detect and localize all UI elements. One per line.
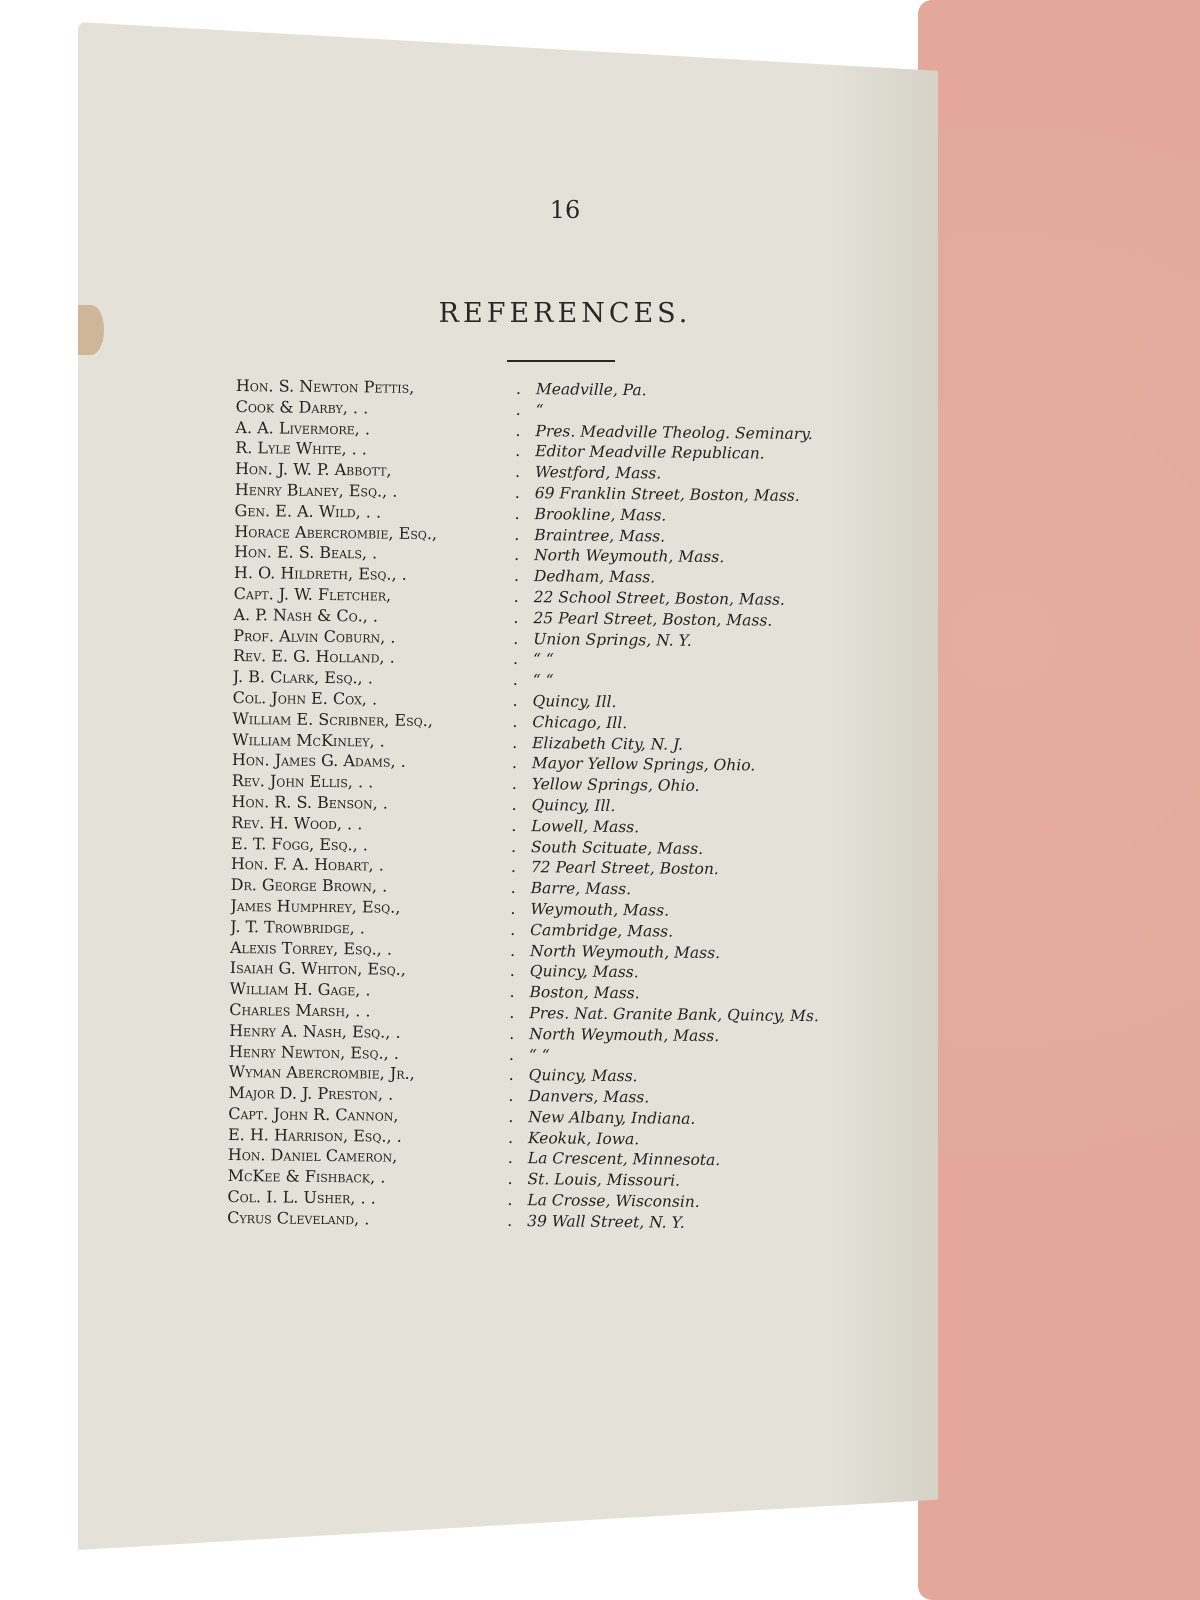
leader-dot: .	[509, 1044, 529, 1063]
leader-dot: .	[514, 545, 534, 564]
page-stain	[78, 305, 104, 355]
reference-name: Hon. James G. Adams, .	[232, 750, 512, 772]
reference-name: Hon. J. W. P. Abbott,	[235, 459, 515, 481]
leader-dot: .	[510, 961, 530, 980]
reference-name: McKee & Fishback, .	[228, 1166, 508, 1188]
leader-dot: .	[513, 608, 533, 627]
book-cover-pink	[918, 0, 1200, 1600]
reference-location: Barre, Mass.	[531, 879, 632, 898]
leader-dot: .	[514, 504, 534, 523]
reference-name: Cyrus Cleveland, .	[227, 1208, 507, 1230]
reference-location: Keokuk, Iowa.	[528, 1129, 639, 1148]
leader-dot: .	[510, 920, 530, 939]
reference-location: Quincy, Mass.	[530, 962, 639, 981]
reference-name: Capt. J. W. Fletcher,	[234, 584, 514, 606]
reference-name: Isaiah G. Whiton, Esq.,	[230, 958, 510, 980]
reference-name: H. O. Hildreth, Esq., .	[234, 563, 514, 585]
leader-dot: .	[511, 836, 531, 855]
reference-name: William H. Gage, .	[229, 979, 509, 1001]
heading-rule	[507, 360, 615, 362]
reference-name: A. P. Nash & Co., .	[233, 605, 513, 627]
reference-location: “	[536, 401, 544, 419]
reference-name: Wyman Abercrombie, Jr.,	[229, 1062, 509, 1084]
reference-name: E. H. Harrison, Esq., .	[228, 1125, 508, 1147]
reference-name: Gen. E. A. Wild, . .	[234, 501, 514, 523]
reference-location: 25 Pearl Street, Boston, Mass.	[533, 609, 772, 629]
leader-dot: .	[511, 816, 531, 835]
reference-name: Dr. George Brown, .	[231, 875, 511, 897]
reference-location: 72 Pearl Street, Boston.	[531, 858, 719, 878]
reference-location: “ “	[533, 671, 554, 689]
leader-dot: .	[514, 587, 534, 606]
reference-name: Prof. Alvin Coburn, .	[233, 626, 513, 648]
reference-name: Charles Marsh, . .	[229, 1000, 509, 1022]
leader-dot: .	[514, 566, 534, 585]
leader-dot: .	[508, 1169, 528, 1188]
reference-name: Col. I. L. Usher, . .	[227, 1187, 507, 1209]
page-number: 16	[545, 196, 585, 224]
leader-dot: .	[510, 899, 530, 918]
reference-location: “ “	[529, 1046, 550, 1064]
reference-location: Brookline, Mass.	[534, 505, 666, 524]
reference-location: 69 Franklin Street, Boston, Mass.	[535, 484, 800, 505]
reference-location: Chicago, Ill.	[532, 713, 627, 732]
reference-name: A. A. Livermore, .	[235, 418, 515, 440]
reference-name: William E. Scribner, Esq.,	[232, 709, 512, 731]
reference-location: 39 Wall Street, N. Y.	[527, 1212, 685, 1232]
leader-dot: .	[516, 400, 536, 419]
reference-name: Rev. H. Wood, . .	[231, 813, 511, 835]
leader-dot: .	[515, 441, 535, 460]
reference-location: La Crescent, Minnesota.	[528, 1150, 721, 1170]
reference-location: Westford, Mass.	[535, 463, 661, 482]
reference-name: Rev. John Ellis, . .	[232, 771, 512, 793]
leader-dot: .	[509, 1003, 529, 1022]
leader-dot: .	[514, 525, 534, 544]
reference-location: Cambridge, Mass.	[530, 921, 673, 940]
reference-location: Quincy, Ill.	[533, 692, 617, 711]
leader-dot: .	[509, 1024, 529, 1043]
leader-dot: .	[508, 1107, 528, 1126]
leader-dot: .	[512, 732, 532, 751]
leader-dot: .	[508, 1086, 528, 1105]
reference-location: Meadville, Pa.	[536, 380, 647, 399]
reference-location: Yellow Springs, Ohio.	[532, 775, 700, 795]
leader-dot: .	[515, 462, 535, 481]
reference-name: Alexis Torrey, Esq., .	[230, 937, 510, 959]
leader-dot: .	[512, 712, 532, 731]
leader-dot: .	[508, 1128, 528, 1147]
leader-dot: .	[512, 753, 532, 772]
leader-dot: .	[510, 940, 530, 959]
reference-name: James Humphrey, Esq.,	[230, 896, 510, 918]
reference-location: Editor Meadville Republican.	[535, 443, 765, 463]
references-list: Hon. S. Newton Pettis,.Meadville, Pa.Coo…	[227, 376, 896, 1236]
reference-name: Hon. Daniel Cameron,	[228, 1145, 508, 1167]
reference-name: Major D. J. Preston, .	[228, 1083, 508, 1105]
reference-name: J. B. Clark, Esq., .	[233, 667, 513, 689]
reference-location: Quincy, Ill.	[531, 796, 615, 815]
reference-location: Pres. Nat. Granite Bank, Quincy, Ms.	[529, 1004, 819, 1025]
leader-dot: .	[511, 857, 531, 876]
leader-dot: .	[515, 483, 535, 502]
reference-location: North Weymouth, Mass.	[529, 1025, 719, 1045]
reference-location: Elizabeth City, N. J.	[532, 734, 683, 754]
reference-name: Henry Blaney, Esq., .	[235, 480, 515, 502]
leader-dot: .	[511, 878, 531, 897]
reference-location: Weymouth, Mass.	[530, 900, 669, 919]
reference-name: Cook & Darby, . .	[236, 397, 516, 419]
leader-dot: .	[513, 670, 533, 689]
reference-location: Dedham, Mass.	[534, 567, 655, 586]
reference-location: Braintree, Mass.	[534, 526, 665, 545]
reference-name: William McKinley, .	[232, 730, 512, 752]
leader-dot: .	[507, 1211, 527, 1230]
reference-name: J. T. Trowbridge, .	[230, 917, 510, 939]
reference-location: North Weymouth, Mass.	[530, 942, 720, 962]
reference-location: Pres. Meadville Theolog. Seminary.	[535, 422, 813, 443]
reference-location: Lowell, Mass.	[531, 817, 639, 836]
leader-dot: .	[513, 691, 533, 710]
reference-location: La Crosse, Wisconsin.	[527, 1191, 700, 1211]
reference-name: Col. John E. Cox, .	[233, 688, 513, 710]
reference-name: Henry Newton, Esq., .	[229, 1041, 509, 1063]
reference-location: 22 School Street, Boston, Mass.	[534, 588, 785, 609]
reference-location: South Scituate, Mass.	[531, 838, 703, 858]
reference-name: R. Lyle White, . .	[235, 438, 515, 460]
reference-location: Union Springs, N. Y.	[533, 630, 692, 650]
leader-dot: .	[509, 1065, 529, 1084]
leader-dot: .	[507, 1190, 527, 1209]
leader-dot: .	[511, 795, 531, 814]
reference-name: E. T. Fogg, Esq., .	[231, 834, 511, 856]
reference-name: Hon. E. S. Beals, .	[234, 542, 514, 564]
leader-dot: .	[513, 649, 533, 668]
leader-dot: .	[516, 379, 536, 398]
reference-location: Danvers, Mass.	[528, 1087, 649, 1106]
leader-dot: .	[513, 628, 533, 647]
reference-location: Boston, Mass.	[529, 983, 639, 1002]
reference-name: Hon. S. Newton Pettis,	[236, 376, 516, 398]
reference-name: Hon. F. A. Hobart, .	[231, 854, 511, 876]
leader-dot: .	[508, 1148, 528, 1167]
reference-name: Hon. R. S. Benson, .	[231, 792, 511, 814]
page-heading: REFERENCES.	[410, 298, 720, 329]
reference-name: Horace Abercrombie, Esq.,	[234, 522, 514, 544]
reference-name: Henry A. Nash, Esq., .	[229, 1021, 509, 1043]
reference-location: Mayor Yellow Springs, Ohio.	[532, 754, 755, 774]
leader-dot: .	[512, 774, 532, 793]
reference-location: New Albany, Indiana.	[528, 1108, 695, 1128]
reference-name: Rev. E. G. Holland, .	[233, 646, 513, 668]
reference-location: “ “	[533, 650, 554, 668]
leader-dot: .	[509, 982, 529, 1001]
reference-name: Capt. John R. Cannon,	[228, 1104, 508, 1126]
reference-location: North Weymouth, Mass.	[534, 547, 724, 567]
reference-location: St. Louis, Missouri.	[528, 1170, 681, 1190]
leader-dot: .	[515, 421, 535, 440]
reference-location: Quincy, Mass.	[529, 1066, 638, 1085]
